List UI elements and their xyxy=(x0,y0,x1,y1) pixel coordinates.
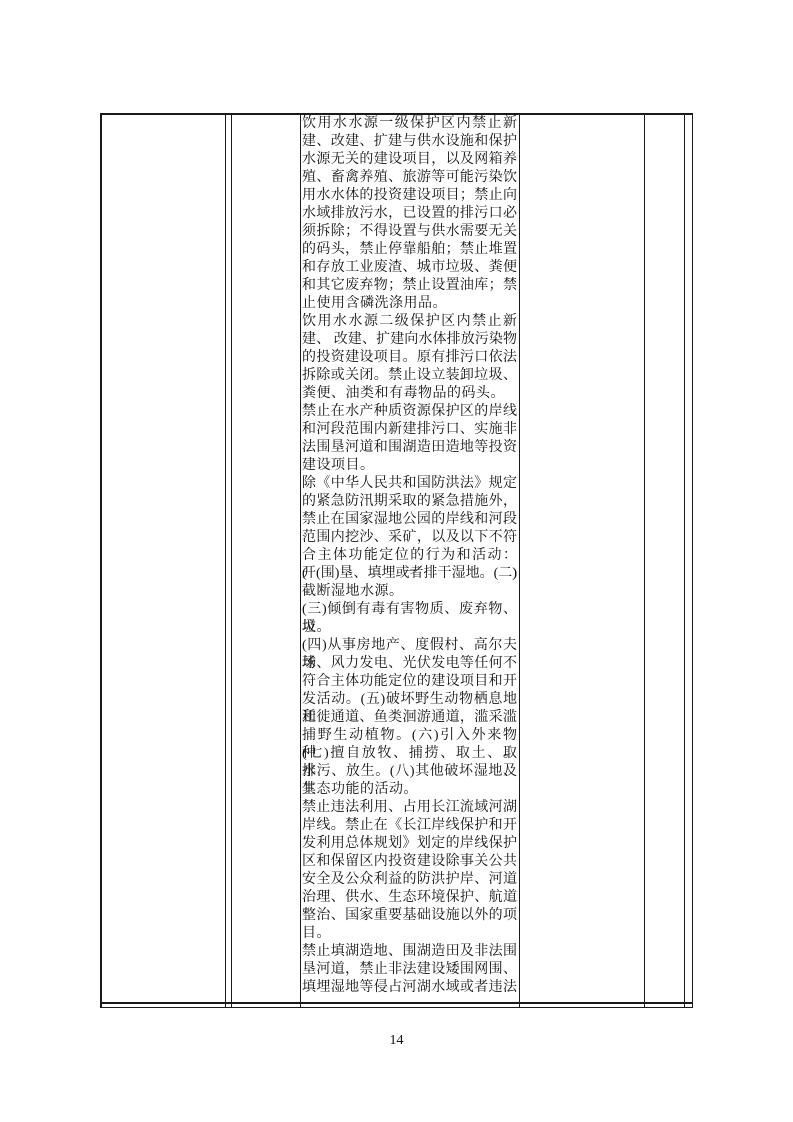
requirement-text-line: 治理、供水、生态环境保护、航道 xyxy=(302,889,517,907)
requirement-text-line: 建、改建、扩建与供水设施和保护 xyxy=(302,133,517,151)
table-bottom-border xyxy=(101,1002,693,1004)
requirement-text-line: 除《中华人民共和国防洪法》规定 xyxy=(302,475,517,493)
requirement-text-line: 粪便、油类和有毒物品的码头。 xyxy=(302,385,517,403)
requirement-text-line: 符合主体功能定位的建设项目和开 xyxy=(302,673,517,691)
requirement-text-line: 填埋湿地等侵占河湖水域或者违法 xyxy=(302,979,517,997)
table-column-divider xyxy=(684,113,685,1008)
requirement-text-line: 殖、畜禽养殖、旅游等可能污染饮 xyxy=(302,169,517,187)
requirement-text-line: 安全及公众利益的防洪护岸、河道 xyxy=(302,871,517,889)
requirement-text-line: 禁止违法利用、占用长江流域河湖 xyxy=(302,799,517,817)
requirement-text-line: 合主体功能定位的行为和活动：(一) xyxy=(302,547,517,565)
requirement-text-line: 须拆除；不得设置与供水需要无关 xyxy=(302,223,517,241)
requirement-text-line: 水源无关的建设项目，以及网箱养 xyxy=(302,151,517,169)
table-empty-cell xyxy=(645,113,684,1002)
requirement-text-line: 迁徙通道、鱼类洄游通道，滥采滥 xyxy=(302,709,517,727)
requirement-text-line: (三)倾倒有毒有害物质、废弃物、垃 xyxy=(302,601,517,619)
requirement-text-line: 止使用含磷洗涤用品。 xyxy=(302,295,517,313)
requirement-text-line: 法围垦河道和围湖造田造地等投资 xyxy=(302,439,517,457)
requirement-text-line: 和河段范围内新建排污口、实施非 xyxy=(302,421,517,439)
requirement-text-line: 拆除或关闭。禁止设立装卸垃圾、 xyxy=(302,367,517,385)
requirement-text-line: (七)擅自放牧、捕捞、取土、取水、 xyxy=(302,745,517,763)
requirement-text-line: 禁止在国家湿地公园的岸线和河段 xyxy=(302,511,517,529)
requirement-text-line: 岸线。禁止在《长江岸线保护和开 xyxy=(302,817,517,835)
requirement-text-line: 和其它废弃物；禁止设置油库；禁 xyxy=(302,277,517,295)
control-requirements-cell: 饮用水水源一级保护区内禁止新建、改建、扩建与供水设施和保护水源无关的建设项目，以… xyxy=(301,115,518,997)
requirement-text-line: 的码头，禁止停靠船舶；禁止堆置 xyxy=(302,241,517,259)
requirement-text-line: 范围内挖沙、采矿，以及以下不符 xyxy=(302,529,517,547)
requirement-text-line: 区和保留区内投资建设除事关公共 xyxy=(302,853,517,871)
requirement-text-line: 发利用总体规划》划定的岸线保护 xyxy=(302,835,517,853)
requirement-text-line: 用水水体的投资建设项目；禁止向 xyxy=(302,187,517,205)
requirement-text-line: 截断湿地水源。 xyxy=(302,583,517,601)
requirement-text-line: 垦河道，禁止非法建设矮围网围、 xyxy=(302,961,517,979)
requirement-text-line: 禁止在水产种质资源保护区的岸线 xyxy=(302,403,517,421)
requirement-text-line: 禁止填湖造地、围湖造田及非法围 xyxy=(302,943,517,961)
requirement-text-line: 发活动。(五)破坏野生动物栖息地和 xyxy=(302,691,517,709)
table-outer-bottom-border xyxy=(101,1007,693,1008)
requirement-text-line: 场、风力发电、光伏发电等任何不 xyxy=(302,655,517,673)
requirement-text-line: 和存放工业废渣、城市垃圾、粪便 xyxy=(302,259,517,277)
table-column-divider xyxy=(225,113,226,1008)
requirement-text-line: 开(围)垦、填埋或者排干湿地。(二) xyxy=(302,565,517,583)
requirement-text-line: 建、 改建、扩建向水体排放污染物 xyxy=(302,331,517,349)
requirement-text-line: 的投资建设项目。原有排污口依法 xyxy=(302,349,517,367)
document-page: 饮用水水源一级保护区内禁止新建、改建、扩建与供水设施和保护水源无关的建设项目，以… xyxy=(0,0,793,1122)
requirement-text-line: 捕野生动植物。(六)引入外来物种。 xyxy=(302,727,517,745)
requirement-text-line: (四)从事房地产、度假村、高尔夫球 xyxy=(302,637,517,655)
requirement-text-line: 生态功能的活动。 xyxy=(302,781,517,799)
requirement-text-line: 排污、放生。(八)其他破坏湿地及其 xyxy=(302,763,517,781)
requirement-text-line: 圾。 xyxy=(302,619,517,637)
requirement-text-line: 饮用水水源一级保护区内禁止新 xyxy=(302,115,517,133)
table-right-border xyxy=(692,113,693,1008)
requirement-text-line: 水域排放污水，已设置的排污口必 xyxy=(302,205,517,223)
requirement-text-line: 的紧急防汛期采取的紧急措施外， xyxy=(302,493,517,511)
table-empty-cell xyxy=(520,113,644,1002)
page-number: 14 xyxy=(0,1032,793,1050)
table-empty-cell xyxy=(232,113,300,1002)
requirement-text-line: 饮用水水源二级保护区内禁止新 xyxy=(302,313,517,331)
requirement-text-line: 建设项目。 xyxy=(302,457,517,475)
requirement-text-line: 整治、国家重要基础设施以外的项 xyxy=(302,907,517,925)
requirement-text-line: 目。 xyxy=(302,925,517,943)
table-empty-cell xyxy=(102,113,225,1002)
